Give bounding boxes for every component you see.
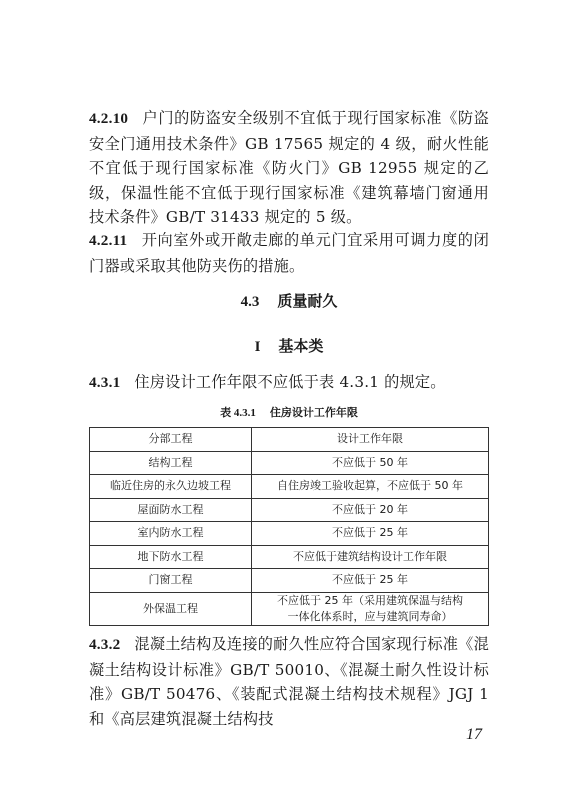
subsection-title: 基本类 — [278, 337, 323, 355]
clause-text: 户门的防盗安全级别不宜低于现行国家标准《防盗安全门通用技术条件》GB 17565… — [89, 109, 489, 226]
table-cell: 不应低于 25 年 — [252, 522, 489, 546]
clause-4-3-1: 4.3.1住房设计工作年限不应低于表 4.3.1 的规定。 — [89, 370, 489, 396]
table-cell: 临近住房的永久边坡工程 — [90, 475, 252, 499]
table-cell: 外保温工程 — [90, 592, 252, 625]
table-cell: 室内防水工程 — [90, 522, 252, 546]
table-cell: 不应低于建筑结构设计工作年限 — [252, 545, 489, 569]
table-row: 结构工程 不应低于 50 年 — [90, 451, 489, 475]
table-header-cell: 分部工程 — [90, 428, 252, 452]
table-row: 地下防水工程 不应低于建筑结构设计工作年限 — [90, 545, 489, 569]
clause-4-2-11: 4.2.11开向室外或开敞走廊的单元门宜采用可调力度的闭门器或采取其他防夹伤的措… — [89, 228, 489, 278]
section-number: 4.3 — [241, 294, 260, 310]
clause-4-2-10: 4.2.10户门的防盗安全级别不宜低于现行国家标准《防盗安全门通用技术条件》GB… — [89, 106, 489, 230]
table-cell: 地下防水工程 — [90, 545, 252, 569]
clause-number: 4.2.10 — [89, 110, 128, 127]
table-title: 住房设计工作年限 — [270, 406, 358, 419]
table-cell-line: 不应低于 25 年（采用建筑保温与结构 — [256, 593, 484, 609]
table-number: 表 4.3.1 — [220, 407, 256, 419]
table-header-cell: 设计工作年限 — [252, 428, 489, 452]
document-page: 4.2.10户门的防盗安全级别不宜低于现行国家标准《防盗安全门通用技术条件》GB… — [0, 0, 561, 804]
table-row: 临近住房的永久边坡工程 自住房竣工验收起算，不应低于 50 年 — [90, 475, 489, 499]
table-cell: 屋面防水工程 — [90, 498, 252, 522]
table-cell: 门窗工程 — [90, 569, 252, 593]
section-heading: 4.3质量耐久 — [89, 290, 489, 311]
clause-number: 4.2.11 — [89, 232, 127, 249]
clause-text: 开向室外或开敞走廊的单元门宜采用可调力度的闭门器或采取其他防夹伤的措施。 — [89, 231, 489, 275]
table-caption: 表 4.3.1住房设计工作年限 — [89, 404, 489, 420]
table-row: 外保温工程 不应低于 25 年（采用建筑保温与结构 一体化体系时，应与建筑同寿命… — [90, 592, 489, 625]
table-row: 室内防水工程 不应低于 25 年 — [90, 522, 489, 546]
design-life-table: 分部工程 设计工作年限 结构工程 不应低于 50 年 临近住房的永久边坡工程 自… — [89, 427, 489, 626]
page-number: 17 — [466, 726, 482, 744]
subsection-number: I — [255, 339, 261, 355]
clause-text: 住房设计工作年限不应低于表 4.3.1 的规定。 — [134, 373, 445, 391]
section-title: 质量耐久 — [277, 292, 337, 310]
clause-4-3-2: 4.3.2混凝土结构及连接的耐久性应符合国家现行标准《混凝土结构设计标准》GB/… — [89, 632, 489, 731]
table-cell-line: 一体化体系时，应与建筑同寿命） — [256, 609, 484, 625]
table-cell: 不应低于 20 年 — [252, 498, 489, 522]
clause-number: 4.3.1 — [89, 374, 120, 391]
table-row: 门窗工程 不应低于 25 年 — [90, 569, 489, 593]
clause-text: 混凝土结构及连接的耐久性应符合国家现行标准《混凝土结构设计标准》GB/T 500… — [89, 635, 489, 728]
table-cell: 不应低于 25 年 — [252, 569, 489, 593]
table-header-row: 分部工程 设计工作年限 — [90, 428, 489, 452]
table-cell: 不应低于 50 年 — [252, 451, 489, 475]
table-cell: 不应低于 25 年（采用建筑保温与结构 一体化体系时，应与建筑同寿命） — [252, 592, 489, 625]
subsection-heading: I基本类 — [89, 335, 489, 356]
table-row: 屋面防水工程 不应低于 20 年 — [90, 498, 489, 522]
table-cell: 结构工程 — [90, 451, 252, 475]
clause-number: 4.3.2 — [89, 636, 120, 653]
table-cell: 自住房竣工验收起算，不应低于 50 年 — [252, 475, 489, 499]
